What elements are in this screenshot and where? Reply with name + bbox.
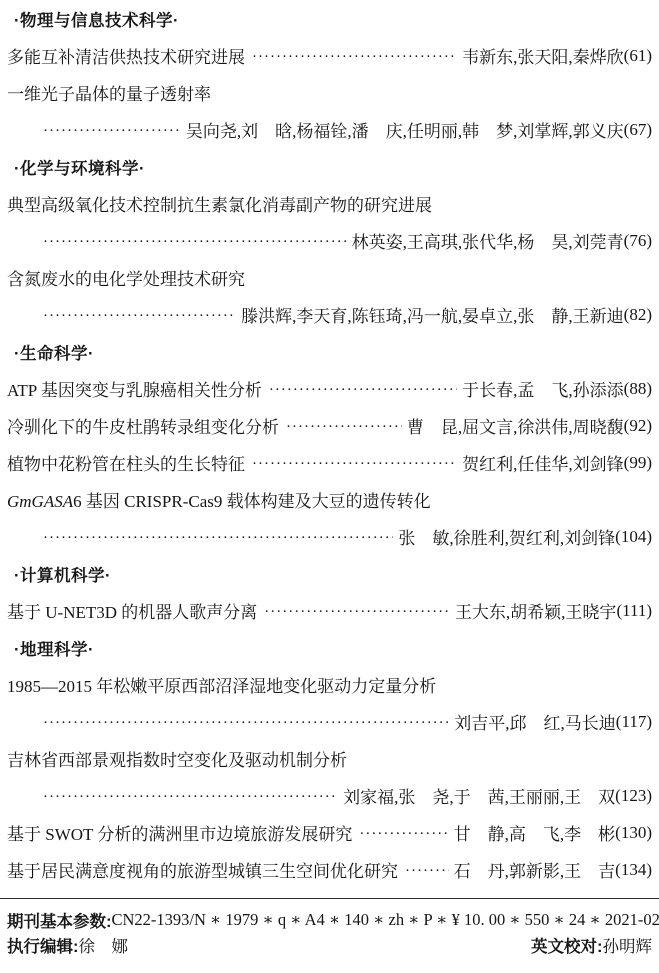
article-authors: 于长春,孟 飞,孙添添 — [462, 376, 624, 401]
journal-params-value: CN22-1393/N ∗ 1979 ∗ q ∗ A4 ∗ 140 ∗ zh ∗… — [112, 910, 659, 930]
journal-params-label: 期刊基本参数: — [7, 908, 112, 932]
executive-editor: 执行编辑: 徐 娜 — [7, 933, 128, 957]
toc-entry: 基于 U-NET3D 的机器人歌声分离 王大东,胡希颖,王晓宇 (111) — [7, 592, 652, 629]
dot-leader — [43, 527, 393, 547]
article-page: (134) — [615, 860, 652, 880]
toc-entry-continuation: 刘家福,张 尧,于 茜,王丽丽,王 双 (123) — [7, 777, 652, 814]
section-row: ·化学与环境科学· — [7, 148, 652, 185]
article-page: (130) — [615, 823, 652, 843]
article-title: 冷驯化下的牛皮杜鹃转录组变化分析 — [7, 413, 279, 438]
article-authors: 刘家福,张 尧,于 茜,王丽丽,王 双 — [343, 783, 615, 808]
dot-leader — [43, 712, 449, 732]
article-title: 1985—2015 年松嫩平原西部沼泽湿地变化驱动力定量分析 — [7, 672, 436, 697]
journal-toc-page: ·物理与信息技术科学· 多能互补清洁供热技术研究进展 韦新东,张天阳,秦烨欣 (… — [0, 0, 659, 973]
article-authors: 刘吉平,邱 红,马长迪 — [454, 709, 616, 734]
editors-row: 执行编辑: 徐 娜 英文校对: 孙明辉 — [7, 932, 652, 957]
toc-entry: 植物中花粉管在柱头的生长特征 贺红利,任佳华,刘剑锋 (99) — [7, 444, 652, 481]
article-authors: 张 敏,徐胜利,贺红利,刘剑锋 — [398, 524, 615, 549]
toc-entry: 1985—2015 年松嫩平原西部沼泽湿地变化驱动力定量分析 — [7, 666, 652, 703]
article-title: 一维光子晶体的量子透射率 — [7, 80, 211, 105]
article-page: (82) — [624, 305, 652, 325]
toc-entry: 冷驯化下的牛皮杜鹃转录组变化分析 曹 昆,屈文言,徐洪伟,周晓馥 (92) — [7, 407, 652, 444]
dot-leader — [252, 453, 457, 473]
article-page: (99) — [624, 453, 652, 473]
article-page: (111) — [616, 601, 652, 621]
toc-entry: 基于 SWOT 分析的满洲里市边境旅游发展研究 甘 静,高 飞,李 彬 (130… — [7, 814, 652, 851]
article-page: (104) — [615, 527, 652, 547]
article-title: ATP 基因突变与乳腺癌相关性分析 — [7, 376, 262, 401]
article-page: (117) — [616, 712, 652, 732]
article-authors: 甘 静,高 飞,李 彬 — [454, 820, 616, 845]
toc-entry-continuation: 张 敏,徐胜利,贺红利,刘剑锋 (104) — [7, 518, 652, 555]
article-authors: 曹 昆,屈文言,徐洪伟,周晓馥 — [407, 413, 624, 438]
article-title: 多能互补清洁供热技术研究进展 — [7, 43, 245, 68]
dot-leader — [252, 46, 457, 66]
article-page: (67) — [624, 120, 652, 140]
gene-name-italic: GmGASA — [7, 492, 73, 511]
toc-entry-continuation: 滕洪辉,李天育,陈钰琦,冯一航,晏卓立,张 静,王新迪 (82) — [7, 296, 652, 333]
article-authors: 王大东,胡希颖,王晓宇 — [455, 598, 617, 623]
article-authors: 滕洪辉,李天育,陈钰琦,冯一航,晏卓立,张 静,王新迪 — [241, 302, 624, 327]
section-header: ·生命科学· — [14, 340, 94, 364]
section-header: ·物理与信息技术科学· — [14, 7, 179, 31]
article-page: (61) — [624, 46, 652, 66]
section-header: ·地理科学· — [14, 636, 94, 660]
article-title: 植物中花粉管在柱头的生长特征 — [7, 450, 245, 475]
dot-leader — [359, 823, 448, 843]
section-row: ·物理与信息技术科学· — [7, 0, 652, 37]
toc-entry: 多能互补清洁供热技术研究进展 韦新东,张天阳,秦烨欣 (61) — [7, 37, 652, 74]
toc-entry: GmGASA6 基因 CRISPR-Cas9 载体构建及大豆的遗传转化 — [7, 481, 652, 518]
toc-entry-continuation: 吴向尧,刘 晗,杨福铨,潘 庆,任明丽,韩 梦,刘掌辉,郭义庆 (67) — [7, 111, 652, 148]
article-authors: 石 丹,郭新影,王 吉 — [454, 857, 616, 882]
section-header: ·计算机科学· — [14, 562, 111, 586]
toc-entry: 含氮废水的电化学处理技术研究 — [7, 259, 652, 296]
article-title: GmGASA6 基因 CRISPR-Cas9 载体构建及大豆的遗传转化 — [7, 487, 431, 512]
section-header: ·化学与环境科学· — [14, 155, 145, 179]
dot-leader — [43, 120, 181, 140]
article-authors: 吴向尧,刘 晗,杨福铨,潘 庆,任明丽,韩 梦,刘掌辉,郭义庆 — [186, 117, 624, 142]
article-title: 基于 SWOT 分析的满洲里市边境旅游发展研究 — [7, 820, 352, 845]
dot-leader — [43, 786, 338, 806]
english-proofreader: 英文校对: 孙明辉 — [531, 933, 652, 957]
executive-editor-label: 执行编辑: — [7, 933, 79, 957]
article-title: 典型高级氧化技术控制抗生素氯化消毒副产物的研究进展 — [7, 191, 432, 216]
article-title: 含氮废水的电化学处理技术研究 — [7, 265, 245, 290]
toc-entry: 典型高级氧化技术控制抗生素氯化消毒副产物的研究进展 — [7, 185, 652, 222]
footer-divider — [0, 898, 659, 899]
section-row: ·地理科学· — [7, 629, 652, 666]
article-page: (123) — [615, 786, 652, 806]
toc-entry: 一维光子晶体的量子透射率 — [7, 74, 652, 111]
journal-params-row: 期刊基本参数: CN22-1393/N ∗ 1979 ∗ q ∗ A4 ∗ 14… — [7, 907, 652, 932]
section-row: ·计算机科学· — [7, 555, 652, 592]
dot-leader — [286, 416, 402, 436]
dot-leader — [43, 231, 347, 251]
article-title: 基于居民满意度视角的旅游型城镇三生空间优化研究 — [7, 857, 398, 882]
dot-leader — [264, 601, 450, 621]
dot-leader — [405, 860, 449, 880]
article-title-rest: 6 基因 CRISPR-Cas9 载体构建及大豆的遗传转化 — [73, 492, 431, 511]
article-page: (76) — [624, 231, 652, 251]
toc-entry: 基于居民满意度视角的旅游型城镇三生空间优化研究 石 丹,郭新影,王 吉 (134… — [7, 851, 652, 888]
article-title: 基于 U-NET3D 的机器人歌声分离 — [7, 598, 257, 623]
dot-leader — [269, 379, 457, 399]
article-authors: 林英姿,王高琪,张代华,杨 昊,刘莞青 — [352, 228, 624, 253]
english-proofreader-label: 英文校对: — [531, 933, 603, 957]
article-page: (88) — [624, 379, 652, 399]
article-authors: 韦新东,张天阳,秦烨欣 — [462, 43, 624, 68]
section-row: ·生命科学· — [7, 333, 652, 370]
toc-entry-continuation: 刘吉平,邱 红,马长迪 (117) — [7, 703, 652, 740]
toc-entry-continuation: 林英姿,王高琪,张代华,杨 昊,刘莞青 (76) — [7, 222, 652, 259]
dot-leader — [43, 305, 236, 325]
english-proofreader-name: 孙明辉 — [603, 933, 653, 957]
toc-entry: ATP 基因突变与乳腺癌相关性分析 于长春,孟 飞,孙添添 (88) — [7, 370, 652, 407]
article-page: (92) — [624, 416, 652, 436]
executive-editor-name: 徐 娜 — [79, 933, 129, 957]
article-title: 吉林省西部景观指数时空变化及驱动机制分析 — [7, 746, 347, 771]
article-authors: 贺红利,任佳华,刘剑锋 — [462, 450, 624, 475]
toc-entry: 吉林省西部景观指数时空变化及驱动机制分析 — [7, 740, 652, 777]
